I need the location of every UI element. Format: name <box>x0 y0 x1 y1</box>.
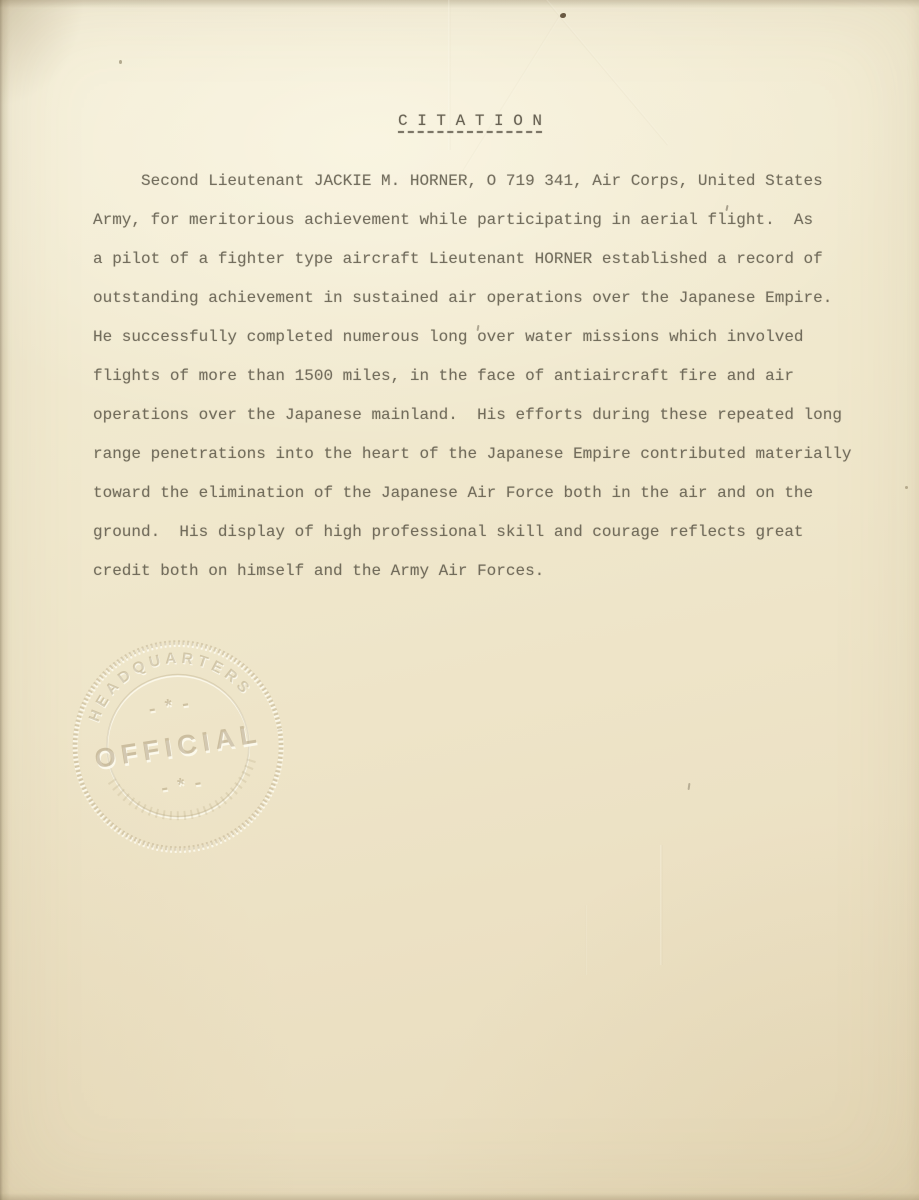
stray-ink-mark <box>688 783 691 790</box>
seal-ornament-bottom: -*- <box>158 773 211 801</box>
paper-speck <box>905 486 908 489</box>
paper-edge-top <box>0 0 919 8</box>
citation-line: toward the elimination of the Japanese A… <box>93 478 883 517</box>
citation-line: Army, for meritorious achievement while … <box>93 205 883 244</box>
citation-line: flights of more than 1500 miles, in the … <box>93 361 883 400</box>
seal-ornament-top: -*- <box>145 694 198 722</box>
citation-body: Second Lieutenant JACKIE M. HORNER, O 71… <box>93 166 883 595</box>
seal-center-text: OFFICIAL <box>92 718 263 774</box>
citation-line: Second Lieutenant JACKIE M. HORNER, O 71… <box>93 166 883 205</box>
paper-crease <box>454 14 562 185</box>
paper-crease <box>585 905 587 975</box>
citation-line: a pilot of a fighter type aircraft Lieut… <box>93 244 883 283</box>
citation-line: He successfully completed numerous long … <box>93 322 883 361</box>
embossed-seal: HEADQUARTERS HEADQUARTERS -*- -*- OFFICI… <box>62 630 294 862</box>
paper-edge-left <box>0 0 10 1200</box>
paper-crease <box>545 0 669 146</box>
paper-speck <box>560 13 566 18</box>
citation-line: range penetrations into the heart of the… <box>93 439 883 478</box>
paper-edge-bottom <box>0 1193 919 1200</box>
document-page: C I T A T I O N Second Lieutenant JACKIE… <box>0 0 919 1200</box>
citation-line: operations over the Japanese mainland. H… <box>93 400 883 439</box>
document-title: C I T A T I O N <box>398 112 542 130</box>
paper-corner-shading <box>0 0 120 150</box>
citation-line: outstanding achievement in sustained air… <box>93 283 883 322</box>
citation-line: credit both on himself and the Army Air … <box>93 556 883 595</box>
paper-crease <box>660 845 663 965</box>
citation-line: ground. His display of high professional… <box>93 517 883 556</box>
